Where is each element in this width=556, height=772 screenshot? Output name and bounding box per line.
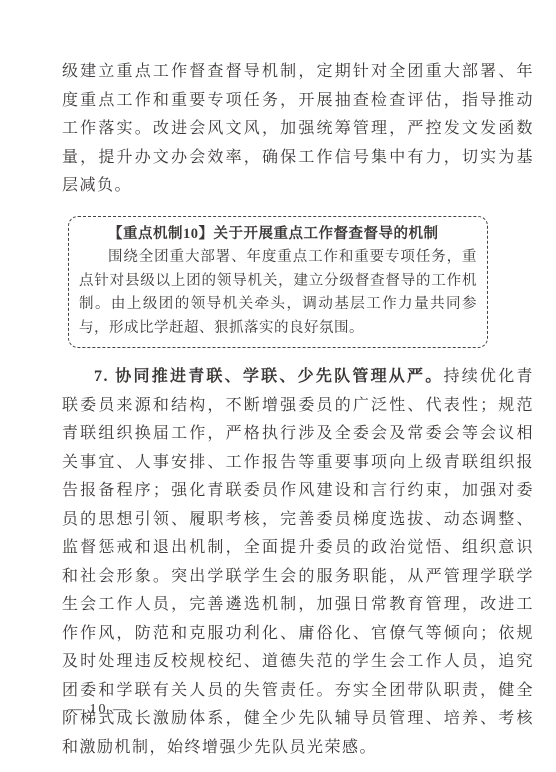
paragraph-7-body: 持续优化青联委员来源和结构，不断增强委员的广泛性、代表性；规范青联组织换届工作，… [62,368,534,756]
paragraph-7-lead: 7. 协同推进青联、学联、少先队管理从严。 [94,368,444,385]
paragraph-7: 7. 协同推进青联、学联、少先队管理从严。持续优化青联委员来源和结构，不断增强委… [62,363,534,762]
paragraph-continuation: 级建立重点工作督查督导机制，定期针对全团重大部署、年度重点工作和重要专项任务，开… [62,58,534,201]
page-content: 级建立重点工作督查督导机制，定期针对全团重大部署、年度重点工作和重要专项任务，开… [62,58,534,762]
page-number: — 10 — [68,702,129,718]
callout-box-body: 围绕全团重大部署、年度重点工作和重要专项任务，重点针对县级以上团的领导机关，建立… [79,246,477,340]
callout-box-title: 【重点机制10】关于开展重点工作督查督导的机制 [79,223,477,247]
document-page: 级建立重点工作督查督导机制，定期针对全团重大部署、年度重点工作和重要专项任务，开… [0,0,556,772]
callout-box: 【重点机制10】关于开展重点工作督查督导的机制 围绕全团重大部署、年度重点工作和… [68,216,488,349]
